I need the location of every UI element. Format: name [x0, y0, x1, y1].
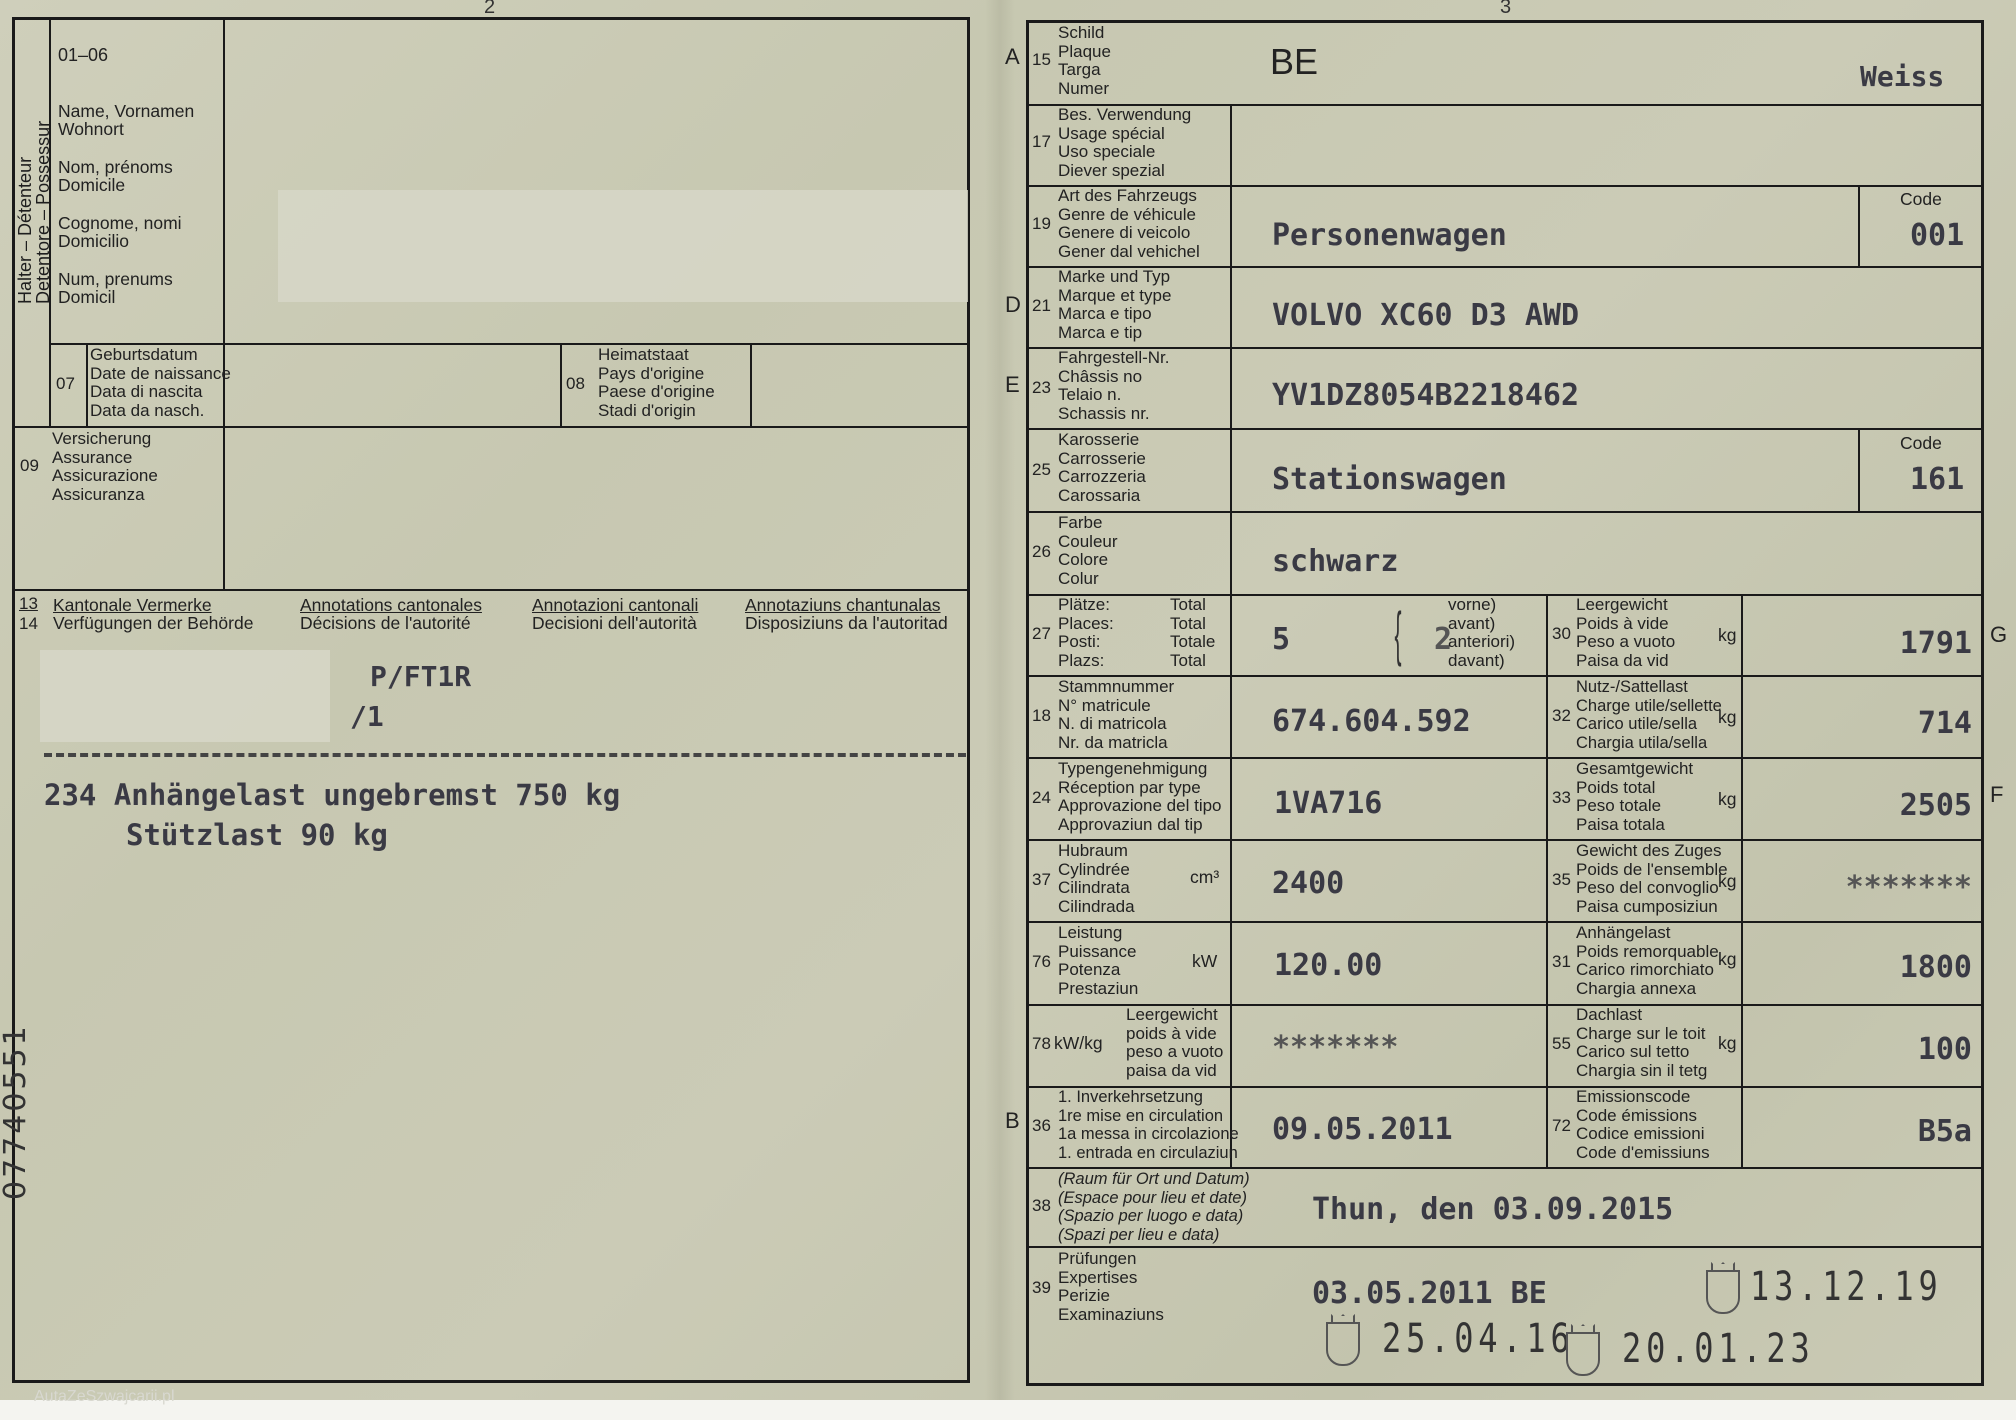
field-code: 76 [1032, 952, 1051, 972]
inspection-stamp-date: 25.04.16 [1382, 1316, 1575, 1362]
holder-label-fr: Nom, prénomsDomicile [58, 158, 173, 194]
emission-label: EmissionscodeCode émissionsCodice emissi… [1576, 1088, 1710, 1162]
field-code: 78 [1032, 1034, 1051, 1054]
holder-fields-code: 01–06 [58, 46, 108, 64]
row-line [1027, 921, 1983, 923]
power-weight-unit: kW/kg [1054, 1034, 1103, 1052]
plate-color: Weiss [1860, 60, 1944, 93]
canton-bern-stamp-icon [1706, 1270, 1740, 1314]
divider [12, 589, 970, 591]
train-weight-label: Gewicht des ZugesPoids de l'ensemblePeso… [1576, 842, 1728, 916]
field-code: 55 [1552, 1034, 1571, 1054]
field-code: 19 [1032, 214, 1051, 234]
side-letter-d: D [1005, 292, 1021, 318]
empty-weight-value: 1791 [1750, 626, 1972, 661]
body-label: KarosserieCarrosserieCarrozzeriaCarossar… [1058, 431, 1146, 505]
annotation-header-it: Annotazioni cantonaliDecisioni dell'auto… [532, 596, 698, 632]
field-code: 26 [1032, 542, 1051, 562]
annotation-header-rm: Annotaziuns chantunalasDisposiziuns da l… [745, 596, 948, 632]
plate-canton: BE [1270, 42, 1318, 82]
kg-unit: kg [1718, 626, 1736, 644]
trailer-load-value: 1800 [1750, 950, 1972, 985]
power-unit: kW [1192, 952, 1217, 970]
code-label: Code [1900, 434, 1942, 452]
watermark: AutaZeSzwajcarii.pl [34, 1388, 175, 1406]
canton-bern-stamp-icon [1566, 1332, 1600, 1376]
field-code: 18 [1032, 706, 1051, 726]
seats-label: Plätze:Places:Posti:Plazs: [1058, 596, 1114, 670]
row-line [1027, 1246, 1983, 1248]
special-use-label: Bes. VerwendungUsage spécialUso speciale… [1058, 106, 1191, 180]
divider [223, 18, 225, 590]
canton-bern-stamp-icon [1326, 1322, 1360, 1366]
field-code: 32 [1552, 706, 1571, 726]
kg-unit: kg [1718, 790, 1736, 808]
roof-load-value: 100 [1750, 1032, 1972, 1067]
body-code: 161 [1910, 462, 1964, 497]
total-weight-value: 2505 [1750, 788, 1972, 823]
row-line [1027, 428, 1983, 430]
origin-label: HeimatstaatPays d'originePaese d'origine… [598, 346, 715, 420]
plate-label: SchildPlaqueTargaNumer [1058, 24, 1111, 98]
matriculation-value: 674.604.592 [1272, 704, 1471, 739]
field-code: 09 [20, 456, 39, 476]
power-label: LeistungPuissancePotenzaPrestaziun [1058, 924, 1138, 998]
power-weight-label: Leergewichtpoids à videpeso a vuotopaisa… [1126, 1006, 1223, 1080]
field-code: 38 [1032, 1196, 1051, 1216]
side-letter-a: A [1005, 44, 1020, 70]
payload-value: 714 [1750, 706, 1972, 741]
serial-number: 07740551 [0, 1023, 33, 1200]
label-column-divider [1230, 105, 1232, 1168]
total-weight-label: GesamtgewichtPoids totalPeso totalePaisa… [1576, 760, 1693, 834]
color-value: schwarz [1272, 544, 1398, 579]
code-divider [1858, 186, 1860, 266]
side-letter-b: B [1005, 1108, 1020, 1134]
field-code: 37 [1032, 870, 1051, 890]
field-code: 36 [1032, 1116, 1051, 1136]
train-weight-value: ******* [1750, 870, 1972, 905]
inspections-label: PrüfungenExpertisesPerizieExaminaziuns [1058, 1250, 1164, 1324]
seats-total-value: 5 [1272, 622, 1290, 657]
body-value: Stationswagen [1272, 462, 1507, 497]
payload-label: Nutz-/SattellastCharge utile/selletteCar… [1576, 678, 1722, 752]
divider [560, 344, 562, 427]
dashed-separator [44, 753, 966, 757]
annotation-entry-1: P/FT1R [370, 660, 471, 693]
matriculation-label: StammnummerN° matriculeN. di matricolaNr… [1058, 678, 1174, 752]
field-code: 24 [1032, 788, 1051, 808]
birthdate-label: GeburtsdatumDate de naissanceData di nas… [90, 346, 231, 420]
row-line [1027, 1167, 1983, 1169]
holder-label-de: Name, VornamenWohnort [58, 102, 194, 138]
holder-side-label: Halter – Détenteur Detentore – Possessur [16, 121, 52, 304]
field-code: 17 [1032, 132, 1051, 152]
field-code: 72 [1552, 1116, 1571, 1136]
scan-margin [0, 1400, 2016, 1420]
field-code: 39 [1032, 1278, 1051, 1298]
row-line [1027, 347, 1983, 349]
field-code: 35 [1552, 870, 1571, 890]
kg-unit: kg [1718, 1034, 1736, 1052]
kg-unit: kg [1718, 950, 1736, 968]
remark-line-1: 234 Anhängelast ungebremst 750 kg [44, 778, 620, 812]
vehicle-type-code: 001 [1910, 218, 1964, 253]
kg-unit: kg [1718, 708, 1736, 726]
field-code: 15 [1032, 50, 1051, 70]
code-label: Code [1900, 190, 1942, 208]
split-divider [1546, 594, 1548, 1168]
make-model-label: Marke und TypMarque et typeMarca e tipoM… [1058, 268, 1171, 342]
field-code: 31 [1552, 952, 1571, 972]
power-value: 120.00 [1274, 948, 1382, 983]
divider [86, 344, 88, 427]
field-code: 27 [1032, 624, 1051, 644]
seats-total-label: TotalTotalTotaleTotal [1170, 596, 1215, 670]
field-code: 33 [1552, 788, 1571, 808]
holder-label-it: Cognome, nomiDomicilio [58, 214, 182, 250]
chassis-label: Fahrgestell-Nr.Châssis noTelaio n.Schass… [1058, 349, 1169, 423]
side-label-line: Halter – Détenteur [16, 121, 34, 304]
displacement-label: HubraumCylindréeCilindrataCilindrada [1058, 842, 1135, 916]
emission-value: B5a [1750, 1114, 1972, 1149]
side-label-line: Detentore – Possessur [34, 121, 52, 304]
divider [12, 426, 970, 428]
code-divider [1858, 429, 1860, 512]
vehicle-type-label: Art des FahrzeugsGenre de véhiculeGenere… [1058, 187, 1200, 261]
field-code: 14 [19, 614, 38, 634]
row-line [1027, 511, 1983, 513]
center-fold [985, 0, 1015, 1400]
page-number-right: 3 [1500, 0, 1511, 19]
annotation-entry-2: /1 [350, 700, 384, 733]
annotation-header-de: Kantonale VermerkeVerfügungen der Behörd… [53, 596, 253, 632]
color-label: FarbeCouleurColoreColur [1058, 514, 1118, 588]
chassis-value: YV1DZ8054B2218462 [1272, 378, 1579, 413]
field-code: 13 [19, 594, 38, 614]
vehicle-type-value: Personenwagen [1272, 218, 1507, 253]
row-line [1027, 839, 1983, 841]
split-divider [1741, 594, 1743, 1168]
remark-line-2: Stützlast 90 kg [126, 818, 388, 852]
annotation-header-fr: Annotations cantonalesDécisions de l'aut… [300, 596, 482, 632]
field-code: 25 [1032, 460, 1051, 480]
side-letter-e: E [1005, 372, 1020, 398]
first-registration-value: 09.05.2011 [1272, 1112, 1453, 1147]
field-code: 30 [1552, 624, 1571, 644]
field-code: 08 [566, 374, 585, 394]
displacement-value: 2400 [1272, 866, 1344, 901]
type-approval-label: TypengenehmigungRéception par typeApprov… [1058, 760, 1222, 834]
inspection-stamp-date: 20.01.23 [1622, 1326, 1815, 1372]
divider [750, 344, 752, 427]
power-weight-value: ******* [1272, 1030, 1398, 1065]
holder-label-rm: Num, prenumsDomicil [58, 270, 173, 306]
kg-unit: kg [1718, 872, 1736, 890]
brace: { [1395, 597, 1402, 671]
side-letter-f: F [1990, 782, 2003, 808]
type-approval-value: 1VA716 [1274, 786, 1382, 821]
make-model-value: VOLVO XC60 D3 AWD [1272, 298, 1579, 333]
inspection-stamp-date: 13.12.19 [1750, 1264, 1943, 1310]
seats-front-label: vorne)avant)anteriori)davant) [1448, 596, 1515, 670]
first-registration-label: 1. Inverkehrsetzung1re mise en circulati… [1058, 1088, 1239, 1162]
place-date-value: Thun, den 03.09.2015 [1312, 1192, 1673, 1227]
inspection-first-date: 03.05.2011 BE [1312, 1276, 1547, 1311]
field-code: 21 [1032, 296, 1051, 316]
empty-weight-label: LeergewichtPoids à videPeso a vuotoPaisa… [1576, 596, 1675, 670]
redacted-holder-name [278, 190, 968, 302]
displacement-unit: cm³ [1190, 868, 1219, 886]
redacted-annotation [40, 650, 330, 742]
field-code: 07 [56, 374, 75, 394]
place-date-label: (Raum für Ort und Datum)(Espace pour lie… [1058, 1170, 1250, 1244]
field-code: 23 [1032, 378, 1051, 398]
insurance-label: VersicherungAssuranceAssicurazioneAssicu… [52, 430, 158, 504]
trailer-load-label: AnhängelastPoids remorquableCarico rimor… [1576, 924, 1719, 998]
side-letter-g: G [1990, 622, 2007, 648]
roof-load-label: DachlastCharge sur le toitCarico sul tet… [1576, 1006, 1707, 1080]
